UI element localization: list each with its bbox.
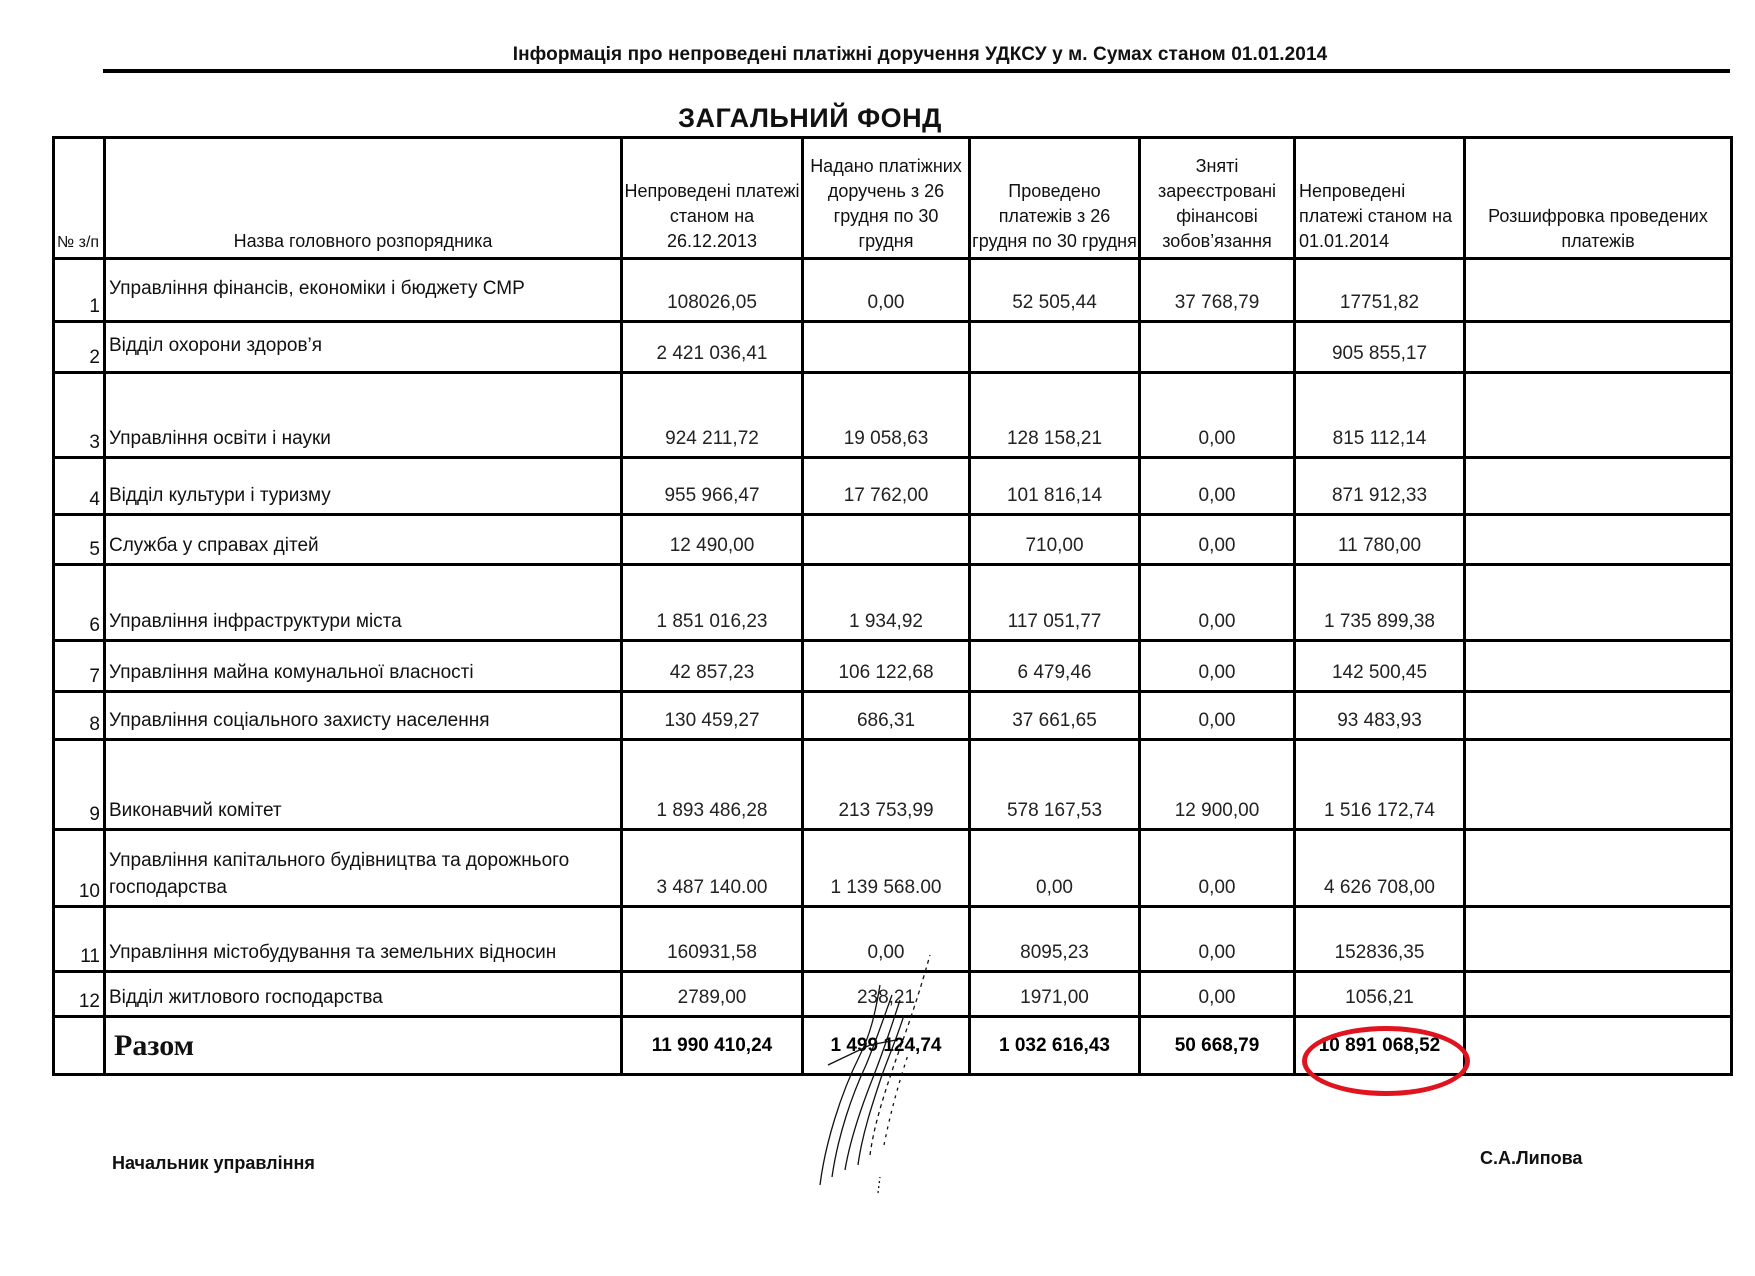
document-title: Інформація про непроведені платіжні дору…	[480, 44, 1360, 66]
row-unpaid-end: 142 500,45	[1295, 641, 1465, 692]
row-number: 4	[54, 458, 105, 515]
row-name: Управління капітального будівництва та д…	[105, 830, 622, 907]
row-breakdown	[1465, 907, 1732, 972]
row-breakdown	[1465, 259, 1732, 322]
row-withdrawn: 0,00	[1140, 458, 1295, 515]
table-row: 10Управління капітального будівництва та…	[54, 830, 1732, 907]
row-breakdown	[1465, 972, 1732, 1017]
row-unpaid-end: 4 626 708,00	[1295, 830, 1465, 907]
row-unpaid-end: 1056,21	[1295, 972, 1465, 1017]
row-number: 6	[54, 565, 105, 641]
row-unpaid-end: 871 912,33	[1295, 458, 1465, 515]
row-number: 7	[54, 641, 105, 692]
row-processed: 117 051,77	[970, 565, 1140, 641]
row-withdrawn: 0,00	[1140, 830, 1295, 907]
header-breakdown: Розшифровка проведених платежів	[1465, 138, 1732, 259]
row-processed: 710,00	[970, 515, 1140, 565]
payments-table: № з/п Назва головного розпорядника Непро…	[52, 136, 1733, 1076]
row-breakdown	[1465, 373, 1732, 458]
row-number: 2	[54, 322, 105, 373]
total-label: Разом	[105, 1017, 622, 1075]
table-row: 5Служба у справах дітей12 490,00710,000,…	[54, 515, 1732, 565]
row-breakdown	[1465, 458, 1732, 515]
header-processed: Проведено платежів з 26 грудня по 30 гру…	[970, 138, 1140, 259]
row-submitted: 213 753,99	[803, 740, 970, 830]
row-withdrawn: 0,00	[1140, 565, 1295, 641]
table-row: 6Управління інфраструктури міста1 851 01…	[54, 565, 1732, 641]
header-unpaid-end: Непроведені платежі станом на 01.01.2014	[1295, 138, 1465, 259]
row-processed: 8095,23	[970, 907, 1140, 972]
row-processed: 1971,00	[970, 972, 1140, 1017]
row-submitted: 0,00	[803, 259, 970, 322]
row-name: Управління соціального захисту населення	[105, 692, 622, 740]
row-unpaid-start: 42 857,23	[622, 641, 803, 692]
row-unpaid-start: 1 851 016,23	[622, 565, 803, 641]
row-name: Управління фінансів, економіки і бюджету…	[105, 259, 622, 322]
row-number: 8	[54, 692, 105, 740]
row-unpaid-end: 11 780,00	[1295, 515, 1465, 565]
row-submitted: 19 058,63	[803, 373, 970, 458]
fund-title: ЗАГАЛЬНИЙ ФОНД	[660, 103, 960, 134]
row-breakdown	[1465, 692, 1732, 740]
total-processed: 1 032 616,43	[970, 1017, 1140, 1075]
row-submitted: 1 139 568.00	[803, 830, 970, 907]
row-name: Відділ охорони здоров’я	[105, 322, 622, 373]
row-withdrawn: 12 900,00	[1140, 740, 1295, 830]
row-number: 1	[54, 259, 105, 322]
row-submitted	[803, 515, 970, 565]
row-name: Управління майна комунальної власності	[105, 641, 622, 692]
row-submitted: 1 934,92	[803, 565, 970, 641]
row-breakdown	[1465, 322, 1732, 373]
row-submitted: 106 122,68	[803, 641, 970, 692]
row-submitted: 17 762,00	[803, 458, 970, 515]
row-name: Управління освіти і науки	[105, 373, 622, 458]
row-unpaid-start: 955 966,47	[622, 458, 803, 515]
row-unpaid-start: 2789,00	[622, 972, 803, 1017]
row-unpaid-end: 905 855,17	[1295, 322, 1465, 373]
row-name: Управління інфраструктури міста	[105, 565, 622, 641]
footer-signatory: С.А.Липова	[1480, 1148, 1582, 1169]
row-name: Служба у справах дітей	[105, 515, 622, 565]
row-processed: 101 816,14	[970, 458, 1140, 515]
row-processed: 128 158,21	[970, 373, 1140, 458]
row-unpaid-start: 130 459,27	[622, 692, 803, 740]
row-number: 11	[54, 907, 105, 972]
row-withdrawn: 0,00	[1140, 972, 1295, 1017]
table-row: 1Управління фінансів, економіки і бюджет…	[54, 259, 1732, 322]
row-processed	[970, 322, 1140, 373]
row-number: 3	[54, 373, 105, 458]
row-unpaid-end: 93 483,93	[1295, 692, 1465, 740]
row-breakdown	[1465, 565, 1732, 641]
row-unpaid-end: 152836,35	[1295, 907, 1465, 972]
header-unpaid-start: Непроведені платежі станом на 26.12.2013	[622, 138, 803, 259]
table-row: 2Відділ охорони здоров’я2 421 036,41905 …	[54, 322, 1732, 373]
row-withdrawn: 0,00	[1140, 515, 1295, 565]
title-underline	[103, 69, 1730, 73]
table-row: 3Управління освіти і науки924 211,7219 0…	[54, 373, 1732, 458]
footer-role: Начальник управління	[112, 1153, 315, 1174]
row-withdrawn: 0,00	[1140, 641, 1295, 692]
row-unpaid-start: 2 421 036,41	[622, 322, 803, 373]
signature-icon	[800, 945, 960, 1195]
header-num: № з/п	[54, 138, 105, 259]
row-withdrawn: 0,00	[1140, 373, 1295, 458]
row-number: 12	[54, 972, 105, 1017]
row-breakdown	[1465, 641, 1732, 692]
row-processed: 52 505,44	[970, 259, 1140, 322]
row-unpaid-start: 160931,58	[622, 907, 803, 972]
row-number: 5	[54, 515, 105, 565]
row-processed: 37 661,65	[970, 692, 1140, 740]
row-breakdown	[1465, 515, 1732, 565]
row-submitted	[803, 322, 970, 373]
row-unpaid-start: 108026,05	[622, 259, 803, 322]
total-unpaid-start: 11 990 410,24	[622, 1017, 803, 1075]
table-row: 4Відділ культури і туризму955 966,4717 7…	[54, 458, 1732, 515]
row-unpaid-start: 3 487 140.00	[622, 830, 803, 907]
row-unpaid-end: 1 516 172,74	[1295, 740, 1465, 830]
table-row: 9Виконавчий комітет1 893 486,28213 753,9…	[54, 740, 1732, 830]
header-name: Назва головного розпорядника	[105, 138, 622, 259]
row-processed: 0,00	[970, 830, 1140, 907]
row-name: Відділ житлового господарства	[105, 972, 622, 1017]
row-name: Відділ культури і туризму	[105, 458, 622, 515]
highlight-ellipse	[1302, 1026, 1470, 1096]
row-withdrawn: 37 768,79	[1140, 259, 1295, 322]
row-withdrawn: 0,00	[1140, 907, 1295, 972]
row-unpaid-end: 1 735 899,38	[1295, 565, 1465, 641]
header-withdrawn: Зняті зареєстровані фінансові зобов’язан…	[1140, 138, 1295, 259]
row-processed: 6 479,46	[970, 641, 1140, 692]
total-breakdown	[1465, 1017, 1732, 1075]
row-unpaid-start: 924 211,72	[622, 373, 803, 458]
row-name: Виконавчий комітет	[105, 740, 622, 830]
row-unpaid-end: 17751,82	[1295, 259, 1465, 322]
row-breakdown	[1465, 830, 1732, 907]
row-submitted: 686,31	[803, 692, 970, 740]
row-processed: 578 167,53	[970, 740, 1140, 830]
header-submitted: Надано платіжних доручень з 26 грудня по…	[803, 138, 970, 259]
row-name: Управління містобудування та земельних в…	[105, 907, 622, 972]
table-row: 7Управління майна комунальної власності4…	[54, 641, 1732, 692]
row-withdrawn	[1140, 322, 1295, 373]
table-header-row: № з/п Назва головного розпорядника Непро…	[54, 138, 1732, 259]
table-row: 8Управління соціального захисту населенн…	[54, 692, 1732, 740]
total-withdrawn: 50 668,79	[1140, 1017, 1295, 1075]
row-number: 10	[54, 830, 105, 907]
row-unpaid-start: 1 893 486,28	[622, 740, 803, 830]
row-number: 9	[54, 740, 105, 830]
total-num	[54, 1017, 105, 1075]
row-breakdown	[1465, 740, 1732, 830]
row-unpaid-end: 815 112,14	[1295, 373, 1465, 458]
row-unpaid-start: 12 490,00	[622, 515, 803, 565]
row-withdrawn: 0,00	[1140, 692, 1295, 740]
